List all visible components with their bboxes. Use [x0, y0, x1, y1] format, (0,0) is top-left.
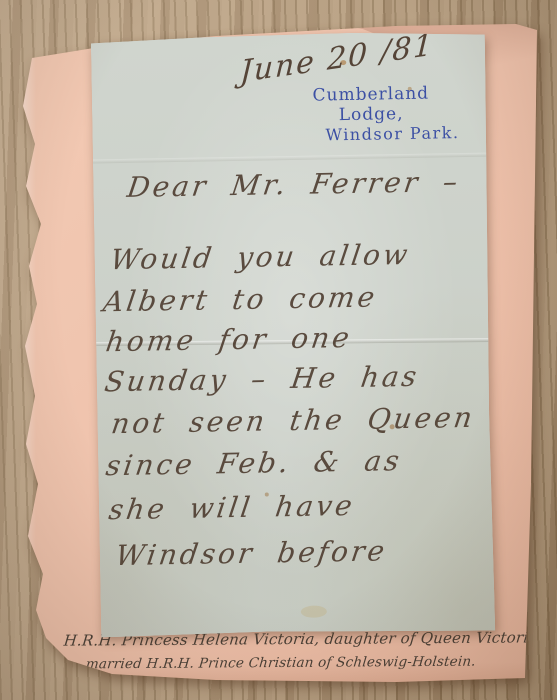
printed-letterhead: Cumberland Lodge, Windsor Park. [278, 83, 465, 145]
letter-shadow-wrap: June 20 /81 Cumberland Lodge, Windsor Pa… [0, 0, 557, 700]
letter-line: Dear Mr. Ferrer – [125, 165, 462, 204]
letter-line: Albert to come [101, 280, 379, 318]
letter-line: Sunday – He has [102, 360, 421, 399]
letterhead-line-1: Cumberland Lodge, [278, 83, 465, 126]
letterhead-line-2: Windsor Park. [278, 123, 464, 145]
letter-line: since Feb. & as [104, 444, 404, 482]
photo-of-mounted-letter: H.R.H. Princess Helena Victoria, daughte… [0, 0, 557, 700]
letter-line: not seen the Queen [109, 401, 477, 440]
handwritten-date: June 20 /81 [239, 27, 435, 90]
letter-page: June 20 /81 Cumberland Lodge, Windsor Pa… [91, 31, 495, 638]
letter-line: Windsor before [114, 534, 390, 572]
letter-line: home for one [104, 321, 355, 358]
age-stain [301, 605, 327, 617]
fold-crease [93, 153, 487, 164]
letter-line: she will have [107, 489, 357, 526]
letter-line: Would you allow [108, 238, 412, 276]
